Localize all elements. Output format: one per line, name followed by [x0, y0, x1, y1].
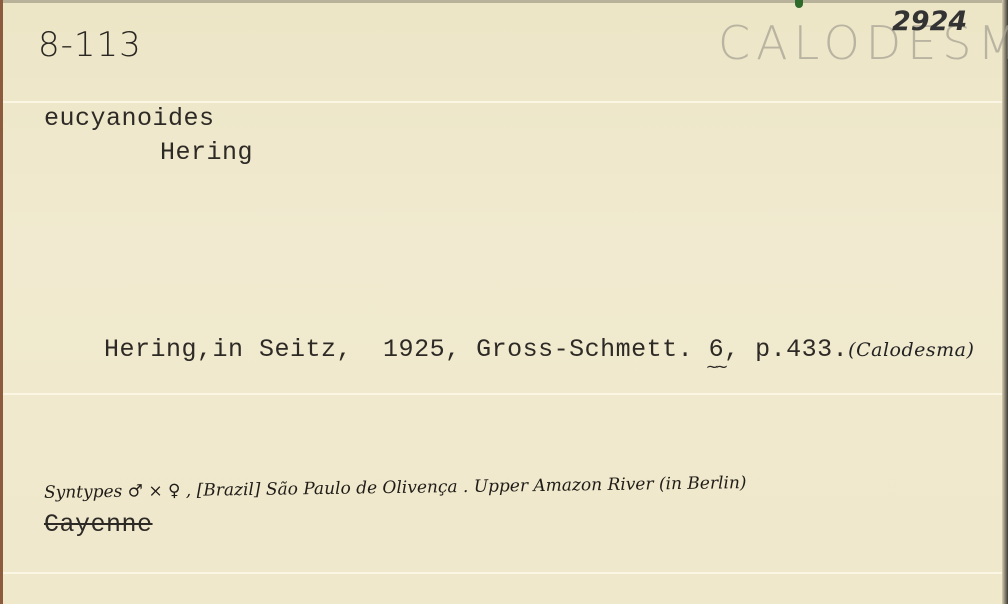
- green-ink-mark: [795, 0, 803, 8]
- type-material-note: Syntypes ♂ × ♀ , [Brazil] São Paulo de O…: [44, 473, 747, 503]
- card-rule-line: [3, 393, 1002, 395]
- card-rule-line: [3, 101, 1002, 103]
- card-rule-line: [3, 572, 1002, 574]
- species-name: eucyanoides: [44, 104, 215, 133]
- citation-text: Hering,in Seitz, 1925, Gross-Schmett.: [104, 335, 709, 364]
- card-left-edge: [0, 0, 3, 604]
- card-top-edge: [0, 0, 1008, 3]
- struck-locality: Cayenne: [44, 510, 153, 539]
- species-author: Hering: [160, 138, 253, 167]
- card-number: 2924: [892, 6, 967, 37]
- catalog-number: 8-113: [38, 25, 142, 65]
- citation-genus-note: (Calodesma): [848, 339, 974, 361]
- index-card: 8-113 CALODESMA 2924 eucyanoides Hering …: [0, 0, 1008, 604]
- literature-citation: Hering,in Seitz, 1925, Gross-Schmett. 6,…: [42, 306, 974, 393]
- citation-volume: 6: [709, 335, 725, 364]
- citation-pages: , p.433.: [724, 335, 848, 364]
- card-right-edge: [1002, 0, 1008, 604]
